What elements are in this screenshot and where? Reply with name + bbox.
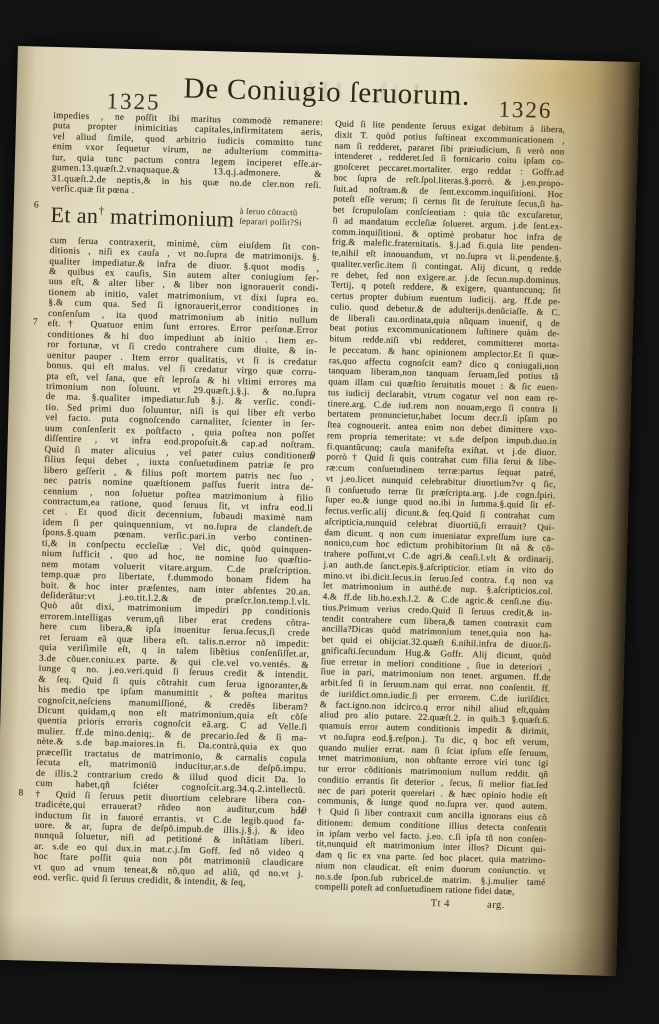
margin-number: 6 — [34, 200, 39, 210]
margin-number: 9 — [310, 451, 315, 461]
margin-number: 10 — [297, 806, 307, 816]
body-paragraph-left: cum ſerua contraxerit, minimè, cùm eiuſd… — [33, 236, 320, 891]
running-title: De Coniugio ſeruorum. — [167, 72, 488, 113]
signature-mark: Tt 4 — [431, 898, 451, 909]
margin-number: 8 — [18, 788, 23, 798]
intro-paragraph: impedies , ne poſſit ibi maritus commodè… — [51, 111, 323, 202]
dagger-mark: † — [98, 205, 104, 217]
text-column-right: Quid ſi lite pendente ſeruus exigat debi… — [315, 118, 566, 912]
photo-background: Lib. IIII. 1325 De Coniugio ſeruorum. 13… — [0, 0, 659, 1024]
text-column-left: impedies , ne poſſit ibi maritus commodè… — [33, 111, 323, 891]
sidenote-line: ſeparari poſſit?Si — [239, 215, 302, 227]
signature-line: Tt 4 arg. — [315, 895, 545, 912]
section-heading: Et an† matrimonium à ſeruo cõtractũ ſepa… — [50, 195, 321, 243]
heading-word: matrimonium — [110, 203, 235, 231]
margin-number: 7 — [33, 317, 38, 327]
text-block: impedies , ne poſſit ibi maritus commodè… — [32, 111, 573, 944]
section-heading-sidenote: à ſeruo cõtractũ ſeparari poſſit?Si — [239, 205, 302, 227]
folio-number-right: 1326 — [498, 97, 553, 124]
body-paragraph-right: Quid ſi lite pendente ſeruus exigat debi… — [315, 118, 565, 898]
heading-word: Et an — [50, 202, 98, 228]
catchword: arg. — [487, 900, 505, 911]
section-heading-text: Et an† matrimonium — [50, 198, 235, 232]
book-page: Lib. IIII. 1325 De Coniugio ſeruorum. 13… — [0, 46, 640, 976]
